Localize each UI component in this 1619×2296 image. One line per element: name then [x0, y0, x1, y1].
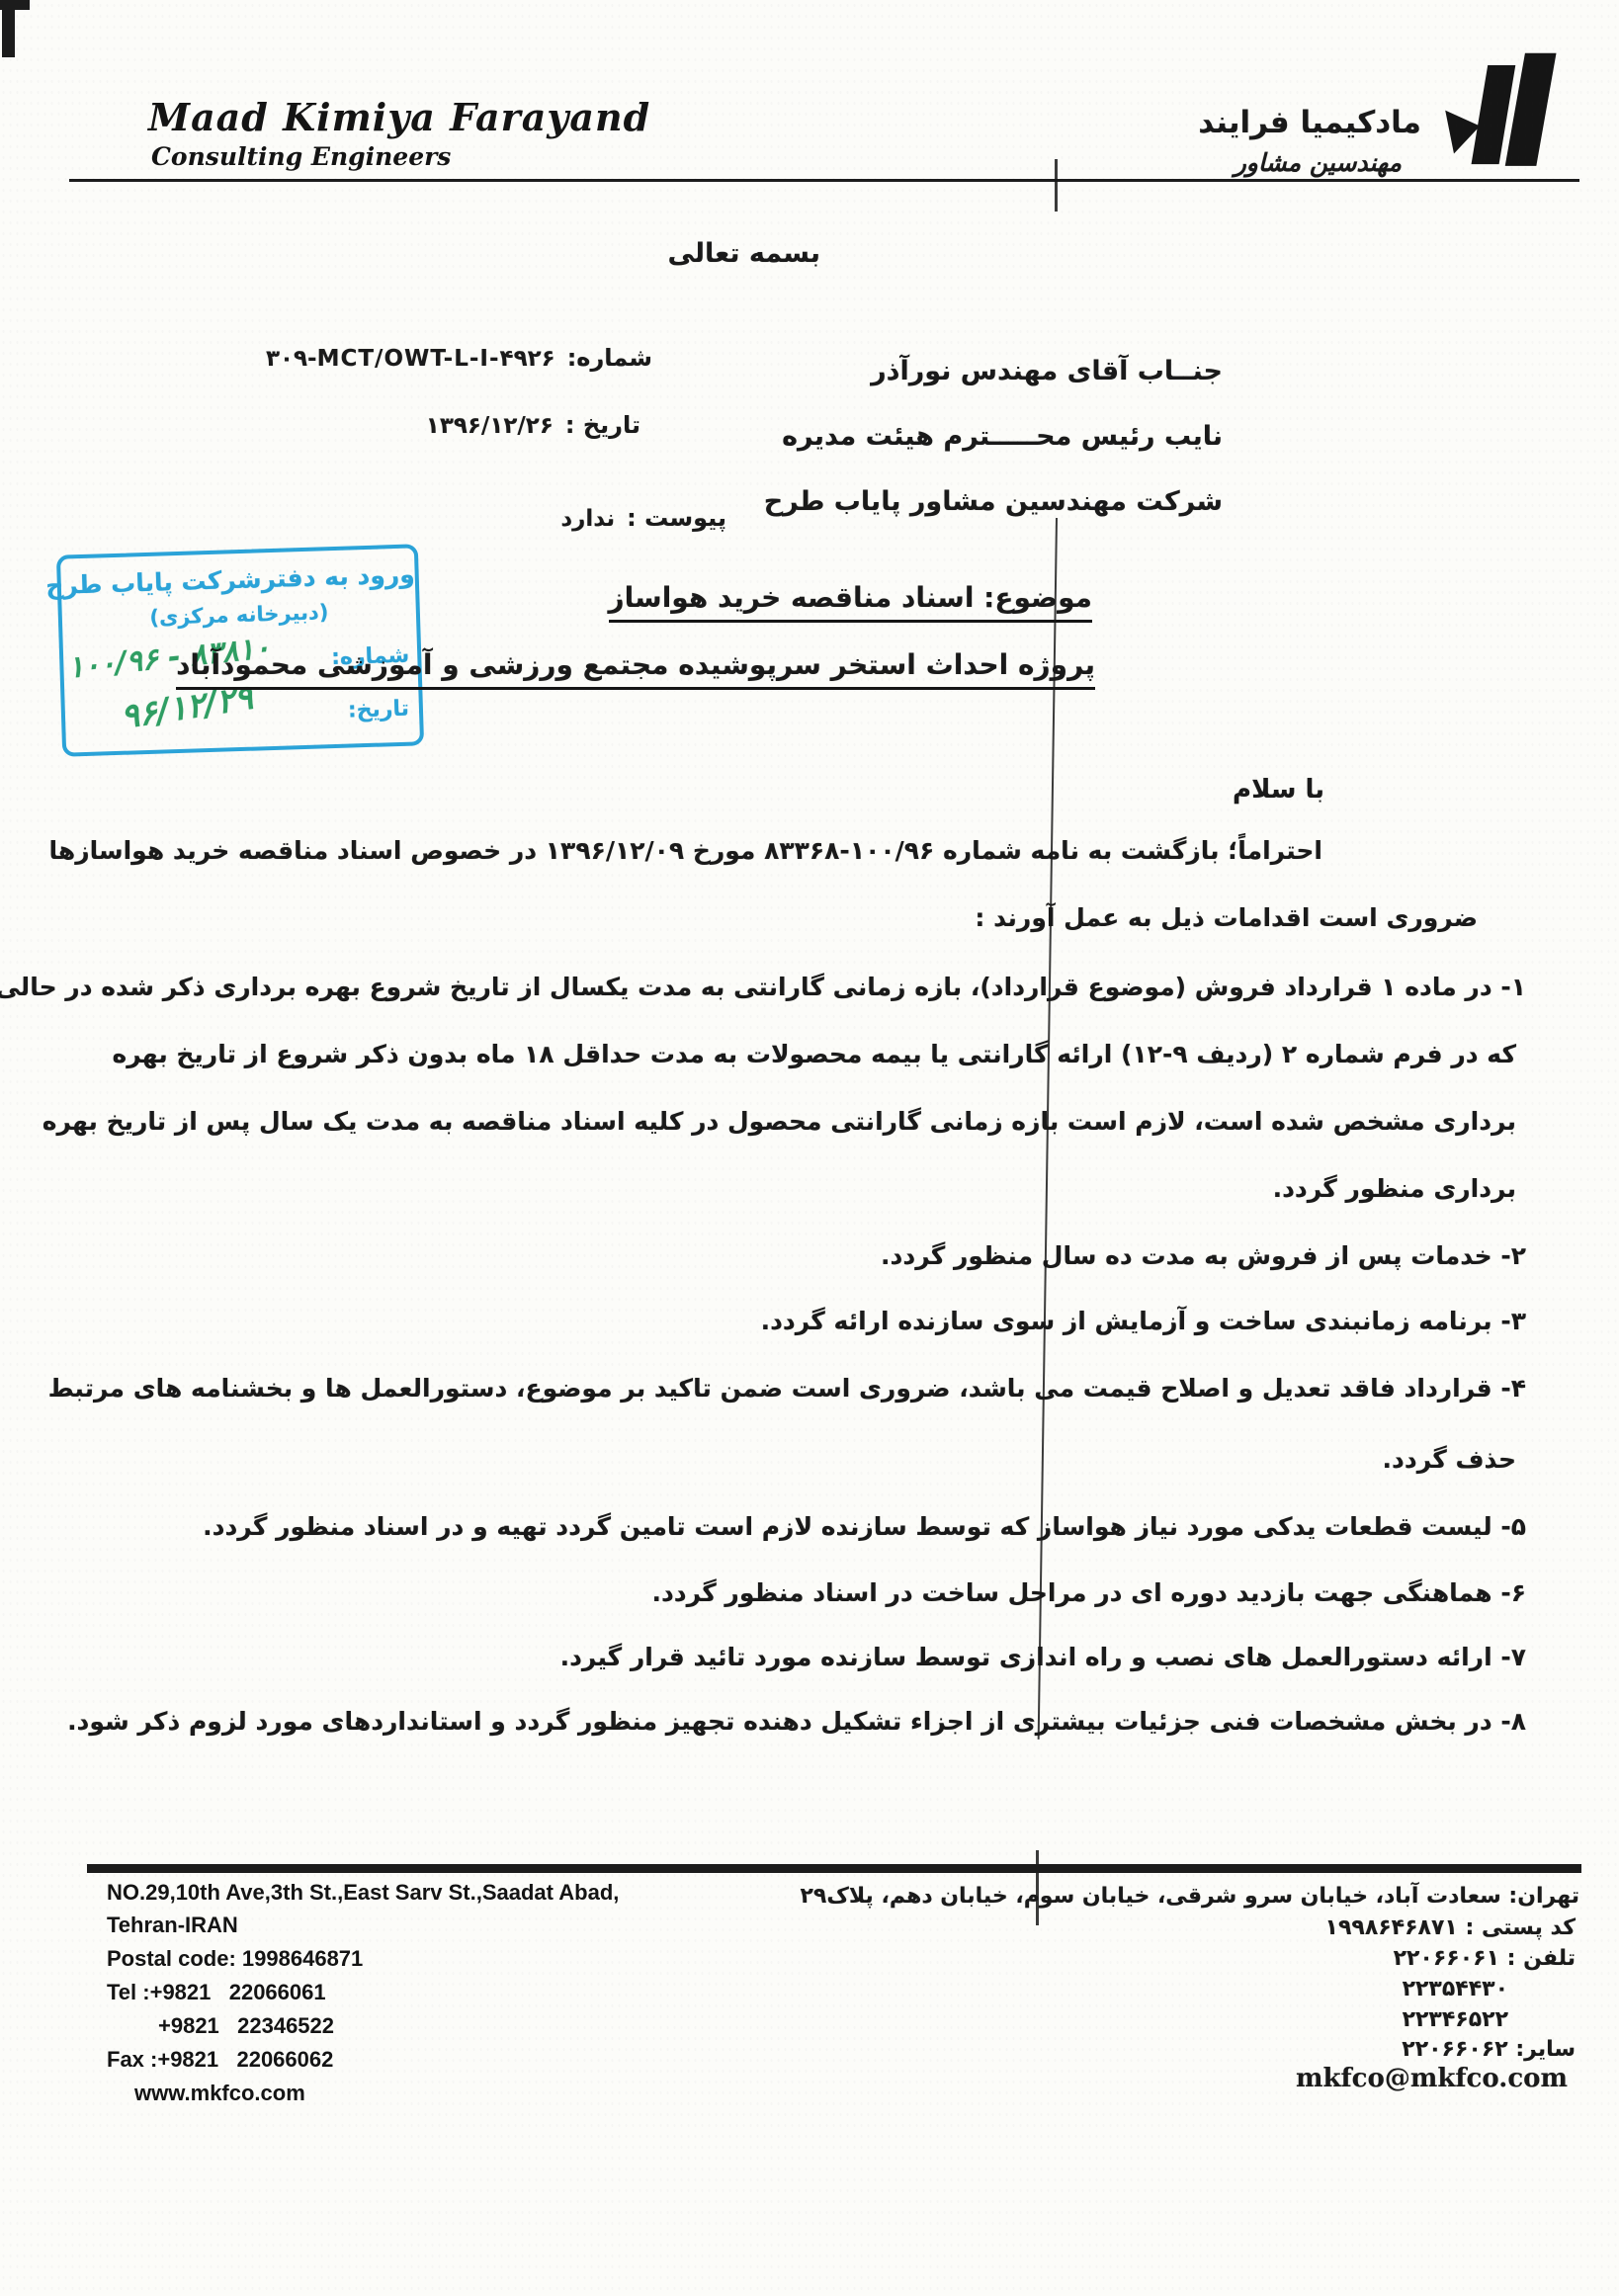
stamp-date-label: تاریخ: — [347, 697, 409, 723]
item-1-line-3: برداری مشخص شده است، لازم است بازه زمانی… — [43, 1107, 1516, 1136]
footer-tel-1-en: Tel :+9821 22066061 — [107, 1976, 326, 2008]
recipient-company: شرکت مهندسین مشاور پایاب طرح — [764, 486, 1223, 517]
item-5-line-1: ۵- لیست قطعات یدکی مورد نیاز هواساز که ت… — [203, 1512, 1526, 1541]
footer-fax-en: Fax :+9821 22066062 — [107, 2043, 333, 2076]
besmellah: بسمه تعالی — [668, 238, 820, 269]
footer-address-fa: تهران: سعادت آباد، خیابان سرو شرقی، خیاب… — [800, 1884, 1579, 1909]
intro-line-1: احتراماً؛ بازگشت به نامه شماره ۱۰۰/۹۶-۸۳… — [49, 836, 1322, 865]
footer-email: mkfco@mkfco.com — [1296, 2064, 1568, 2093]
footer-tel-1-fa: تلفن : ۲۲۰۶۶۰۶۱ — [1394, 1946, 1576, 1971]
letter-date-label: تاریخ : — [565, 411, 640, 439]
subject-line-2: پروژه احداث استخر سرپوشیده مجتمع ورزشی و… — [176, 648, 1095, 690]
letter-attachment-label: پیوست : — [627, 504, 726, 532]
item-7-line-1: ۷- ارائه دستورالعمل های نصب و راه اندازی… — [560, 1643, 1526, 1671]
footer-address-en-1: NO.29,10th Ave,3th St.,East Sarv St.,Saa… — [107, 1876, 619, 1909]
company-name-persian: مادکیمیا فرایند — [1198, 105, 1421, 140]
subject-line-1: موضوع: اسناد مناقصه خرید هواساز — [609, 581, 1092, 623]
header-rule — [69, 179, 1579, 182]
footer-postal-code-en: Postal code: 1998646871 — [107, 1942, 363, 1975]
recipient-name: جنــاب آقای مهندس نورآذر — [871, 356, 1223, 386]
item-1-line-1: ۱- در ماده ۱ قرارداد فروش (موضوع قرارداد… — [0, 973, 1526, 1001]
item-8-line-1: ۸- در بخش مشخصات فنی جزئیات بیشتری از اج… — [67, 1707, 1526, 1736]
stamp-subtitle: (دبیرخانه مرکزی) — [62, 597, 417, 632]
letter-attachment-row: پیوست :ندارد — [560, 504, 726, 532]
letter-number-row: شماره:۳۰۹-MCT/OWT-L-I-۴۹۲۶ — [266, 344, 652, 372]
item-2-line-1: ۲- خدمات پس از فروش به مدت ده سال منظور … — [881, 1241, 1526, 1270]
item-1-line-4: برداری منظور گردد. — [1273, 1174, 1516, 1203]
footer-other-tel-fa: سایر: ۲۲۰۶۶۰۶۲ — [1402, 2037, 1576, 2062]
item-4-line-1: ۴- قرارداد فاقد تعدیل و اصلاح قیمت می با… — [48, 1374, 1526, 1403]
company-tagline-english: Consulting Engineers — [151, 142, 451, 171]
salutation: با سلام — [1233, 775, 1324, 805]
letter-date-row: تاریخ :۱۳۹۶/۱۲/۲۶ — [426, 411, 640, 439]
item-3-line-1: ۳- برنامه زمانبندی ساخت و آزمایش از سوی … — [761, 1307, 1526, 1335]
item-1-line-2: که در فرم شماره ۲ (ردیف ۹-۱۲) ارائه گارا… — [113, 1040, 1517, 1068]
company-name-english: Maad Kimiya Farayand — [148, 95, 650, 139]
footer-tel-2-fa: ۲۲۳۵۴۴۳۰ — [1403, 1977, 1508, 2001]
item-4-line-2: حذف گردد. — [1383, 1445, 1516, 1474]
footer-postal-code-fa: کد پستی : ۱۹۹۸۶۴۶۸۷۱ — [1325, 1915, 1576, 1940]
company-logo-mark — [1438, 51, 1569, 186]
scanned-letter-page: Maad Kimiya Farayand Consulting Engineer… — [0, 0, 1619, 2296]
scan-corner-smear — [0, 0, 30, 10]
footer-tel-2-en: +9821 22346522 — [158, 2009, 334, 2042]
letter-attachment-value: ندارد — [560, 506, 615, 532]
footer-rule — [87, 1864, 1581, 1873]
stamp-title: ورود به دفترشرکت پایاب طرح — [60, 559, 415, 599]
footer-tel-3-fa: ۲۲۳۴۶۵۲۲ — [1403, 2007, 1508, 2032]
footer-website: www.mkfco.com — [134, 2077, 305, 2109]
footer-address-en-2: Tehran-IRAN — [107, 1909, 238, 1941]
letter-date-value: ۱۳۹۶/۱۲/۲۶ — [426, 413, 554, 439]
letter-number-value: ۳۰۹-MCT/OWT-L-I-۴۹۲۶ — [266, 346, 555, 372]
recipient-title: نایب رئیس محـــــترم هیئت مدیره — [782, 421, 1223, 452]
letter-number-label: شماره: — [567, 344, 652, 372]
company-tagline-persian: مهندسین مشاور — [1235, 148, 1402, 177]
item-6-line-1: ۶- هماهنگی جهت بازدید دوره ای در مراحل س… — [651, 1578, 1526, 1607]
fold-line-top-tick — [1055, 159, 1058, 212]
